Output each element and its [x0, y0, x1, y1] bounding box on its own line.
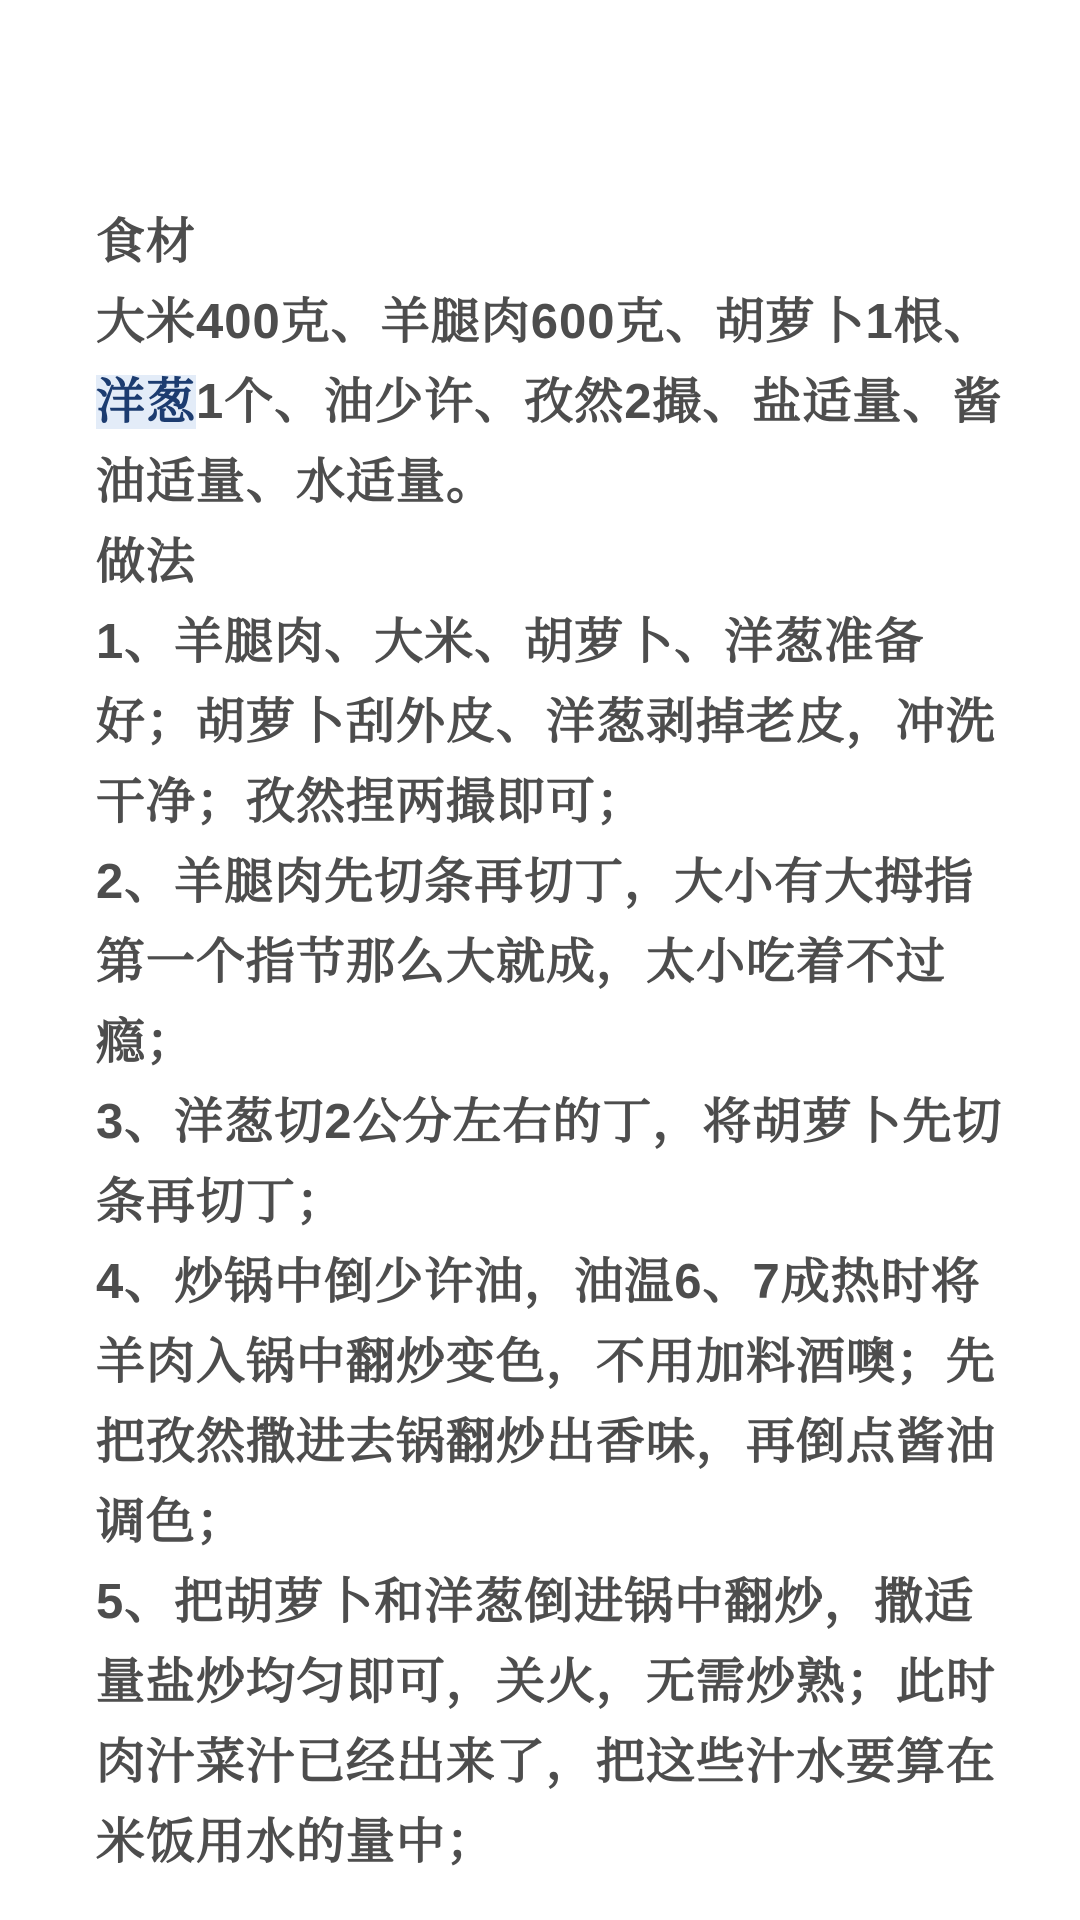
step-2-line-2: 第一个指节那么大就成，太小吃着不过: [96, 922, 1010, 1002]
step-5-line-3: 肉汁菜汁已经出来了，把这些汁水要算在: [96, 1722, 1010, 1802]
step-3-line-2: 条再切丁；: [96, 1162, 1010, 1242]
step-4-line-3: 把孜然撒进去锅翻炒出香味，再倒点酱油: [96, 1402, 1010, 1482]
step-4-line-4: 调色；: [96, 1482, 1010, 1562]
onion-link[interactable]: 洋葱: [96, 375, 196, 429]
ingredients-line-1: 大米400克、羊腿肉600克、胡萝卜1根、: [96, 282, 1010, 362]
step-1-line-3: 干净；孜然捏两撮即可；: [96, 762, 1010, 842]
ingredients-line-3: 油适量、水适量。: [96, 442, 1010, 522]
step-5-line-2: 量盐炒均匀即可，关火，无需炒熟；此时: [96, 1642, 1010, 1722]
recipe-article: 食材 大米400克、羊腿肉600克、胡萝卜1根、 洋葱1个、油少许、孜然2撮、盐…: [0, 0, 1080, 1882]
ingredients-line-2: 洋葱1个、油少许、孜然2撮、盐适量、酱: [96, 362, 1010, 442]
step-1-line-1: 1、羊腿肉、大米、胡萝卜、洋葱准备: [96, 602, 1010, 682]
method-heading: 做法: [96, 522, 1010, 602]
ingredients-heading: 食材: [96, 202, 1010, 282]
step-3-line-1: 3、洋葱切2公分左右的丁，将胡萝卜先切: [96, 1082, 1010, 1162]
step-2-line-3: 瘾；: [96, 1002, 1010, 1082]
step-4-line-1: 4、炒锅中倒少许油，油温6、7成热时将: [96, 1242, 1010, 1322]
ingredients-line-2-rest: 1个、油少许、孜然2撮、盐适量、酱: [196, 375, 1003, 429]
step-2-line-1: 2、羊腿肉先切条再切丁，大小有大拇指: [96, 842, 1010, 922]
step-4-line-2: 羊肉入锅中翻炒变色，不用加料酒噢；先: [96, 1322, 1010, 1402]
step-5-line-1: 5、把胡萝卜和洋葱倒进锅中翻炒，撒适: [96, 1562, 1010, 1642]
step-1-line-2: 好；胡萝卜刮外皮、洋葱剥掉老皮，冲洗: [96, 682, 1010, 762]
step-5-line-4: 米饭用水的量中；: [96, 1802, 1010, 1882]
